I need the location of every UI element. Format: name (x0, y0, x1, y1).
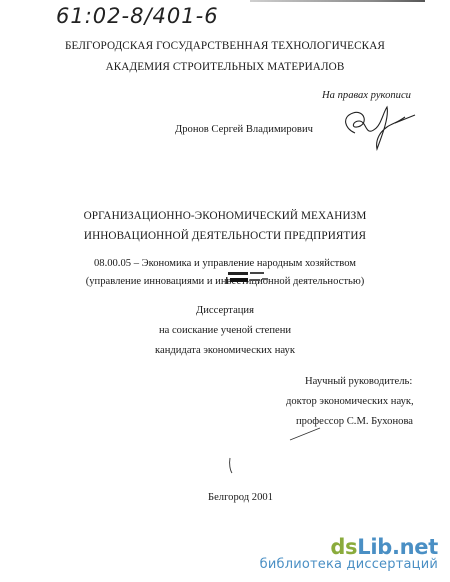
watermark-lib: Lib (357, 535, 392, 559)
degree-line-1: Диссертация (0, 305, 450, 316)
supervisor-line-1: Научный руководитель: (305, 376, 412, 387)
scan-edge-mark (250, 0, 425, 2)
degree-line-2: на соискание ученой степени (0, 325, 450, 336)
specialty-line-2: (управление инновациями и инвестиционной… (0, 276, 450, 287)
specialty-line-1: 08.00.05 – Экономика и управление народн… (0, 258, 450, 269)
watermark-tagline: библиотека диссертаций (260, 557, 438, 572)
watermark-net: .net (392, 535, 438, 559)
title-line-1: ОРГАНИЗАЦИОННО-ЭКОНОМИЧЕСКИЙ МЕХАНИЗМ (0, 210, 450, 222)
supervisor-line-2: доктор экономических наук, (286, 396, 414, 407)
title-line-2: ИННОВАЦИОННОЙ ДЕЯТЕЛЬНОСТИ ПРЕДПРИЯТИЯ (0, 230, 450, 242)
author-name: Дронов Сергей Владимирович (175, 124, 313, 135)
signature-icon (335, 103, 425, 153)
place-year: Белгород 2001 (208, 492, 273, 503)
pen-stroke-marks (210, 420, 350, 490)
institution-line-1: БЕЛГОРОДСКАЯ ГОСУДАРСТВЕННАЯ ТЕХНОЛОГИЧЕ… (0, 40, 450, 52)
institution-line-2: АКАДЕМИЯ СТРОИТЕЛЬНЫХ МАТЕРИАЛОВ (0, 61, 450, 73)
degree-line-3: кандидата экономических наук (0, 345, 450, 356)
watermark-ds: ds (330, 535, 357, 559)
rights-note: На правах рукописи (322, 90, 411, 101)
library-stamp-icon (226, 270, 272, 286)
archive-number-handwritten: 61:02-8/401-6 (56, 4, 219, 28)
watermark-logo[interactable]: dsLib.net библиотека диссертаций (260, 535, 438, 572)
